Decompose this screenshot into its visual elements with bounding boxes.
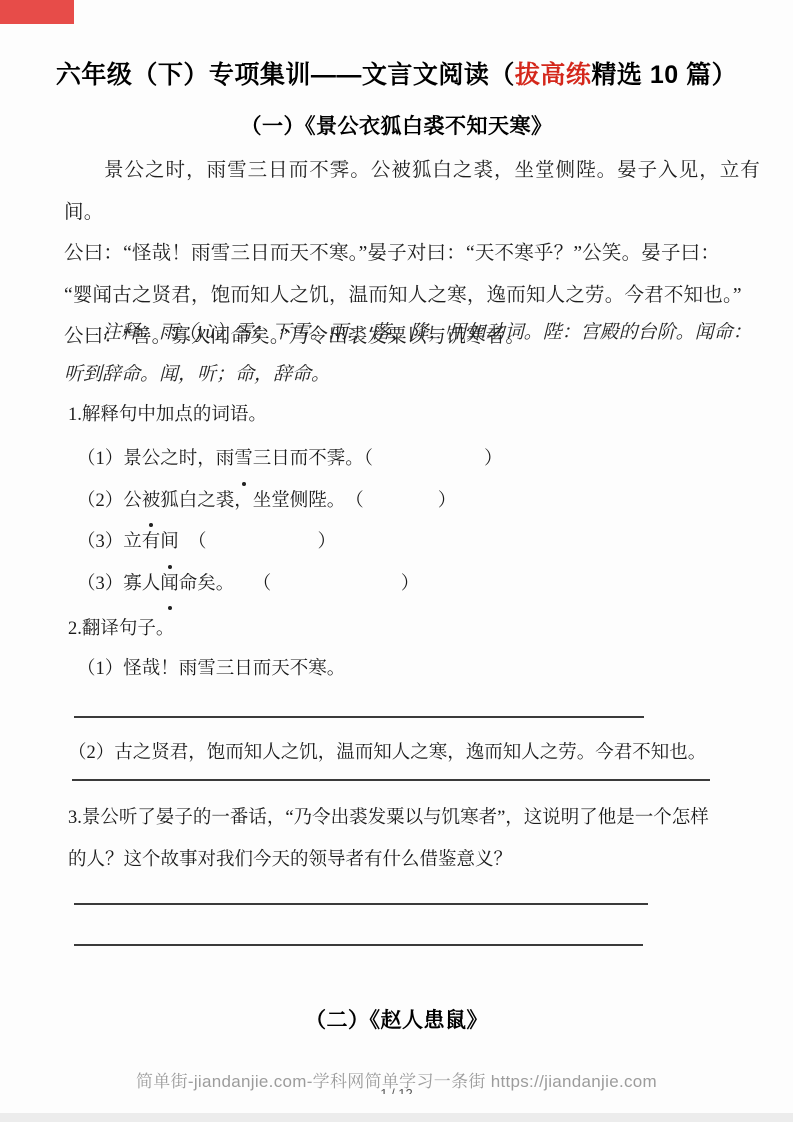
item-pre: 景公之时，雨	[123, 449, 234, 469]
passage-line: 景公之时，雨雪三日而不霁。公被狐白之裘，坐堂侧陛。晏子入见，立有间。	[64, 150, 760, 233]
notes-line: 听到辞命。闻，听；命，辞命。	[64, 354, 764, 396]
question2-heading: 2.翻译句子。	[68, 614, 174, 640]
item-post: （ ）	[179, 532, 336, 552]
item-post: 狐白之裘，坐堂侧陛。 （ ）	[160, 491, 456, 511]
item-pre: 寡人	[123, 574, 160, 594]
question2-item1: （1）怪哉！雨雪三日而天不寒。	[77, 654, 345, 680]
passage-line: “婴闻古之贤君，饱而知人之饥，温而知人之寒，逸而知人之劳。今君不知也。”	[64, 275, 760, 317]
annotation-notes: 注释：雨（yù）雪：下雪。雨.，落，降，用如动词。陛：宫殿的台阶。闻命： 听到辞…	[64, 312, 764, 396]
passage-line: 公曰：“怪哉！雨雪三日而天不寒。”晏子对曰：“天不寒乎？”公笑。晏子曰：	[64, 233, 760, 275]
item-label: （3）	[77, 532, 123, 552]
question3-line: 的人？这个故事对我们今天的领导者有什么借鉴意义？	[68, 839, 768, 881]
corner-marker	[0, 0, 74, 24]
notes-line: 注释：雨（yù）雪：下雪。雨.，落，降，用如动词。陛：宫殿的台阶。闻命：	[64, 312, 764, 354]
question2-item2: （2）古之贤君，饱而知人之饥，温而知人之寒，逸而知人之劳。今君不知也。	[68, 738, 768, 764]
item-label: （2）	[77, 491, 123, 511]
item-pre: 立有	[123, 532, 160, 552]
question1-item: （1）景公之时，雨雪三日而不霁。（ ）	[77, 439, 777, 481]
question1-item: （2）公被狐白之裘，坐堂侧陛。 （ ）	[77, 481, 777, 523]
question3-text: 3.景公听了晏子的一番话，“乃令出裘发粟以与饥寒者”，这说明了他是一个怎样 的人…	[68, 797, 768, 881]
item-post: 命矣。 （ ）	[179, 574, 420, 594]
section1-heading: （一）《景公衣狐白裘不知天寒》	[0, 110, 793, 140]
dotted-char: 间	[160, 522, 179, 564]
answer-line	[72, 779, 710, 781]
bottom-edge-strip	[0, 1113, 793, 1122]
question1-heading: 1.解释句中加点的词语。	[68, 400, 267, 426]
page-title-suffix: 精选 10 篇）	[591, 61, 737, 89]
section2-heading: （二）《赵人患鼠》	[0, 1004, 793, 1034]
dotted-char: 雪	[234, 439, 253, 481]
dotted-char: 闻	[160, 564, 179, 606]
page-number-clip: 1 / 12	[0, 1085, 793, 1094]
answer-line	[74, 944, 643, 946]
question3-line: 3.景公听了晏子的一番话，“乃令出裘发粟以与饥寒者”，这说明了他是一个怎样	[68, 797, 768, 839]
item-label: （3）	[77, 574, 123, 594]
question1-item: （3）寡人闻命矣。 （ ）	[77, 564, 777, 606]
answer-line	[74, 903, 648, 905]
item-pre: 公	[123, 491, 142, 511]
page-title: 六年级（下）专项集训——文言文阅读（拔高练精选 10 篇）	[0, 55, 793, 91]
page-title-prefix: 六年级（下）专项集训——文言文阅读（	[56, 61, 515, 89]
page-title-highlight: 拔高练	[515, 61, 592, 89]
answer-line	[74, 716, 644, 718]
dotted-char: 被	[142, 481, 161, 523]
question1-items: （1）景公之时，雨雪三日而不霁。（ ） （2）公被狐白之裘，坐堂侧陛。 （ ） …	[77, 439, 777, 605]
page-number: 1 / 12	[380, 1086, 413, 1094]
question1-item: （3）立有间 （ ）	[77, 522, 777, 564]
item-post: 三日而不霁。（ ）	[253, 449, 503, 469]
item-label: （1）	[77, 449, 123, 469]
worksheet-page: 六年级（下）专项集训——文言文阅读（拔高练精选 10 篇） （一）《景公衣狐白裘…	[0, 0, 793, 1122]
